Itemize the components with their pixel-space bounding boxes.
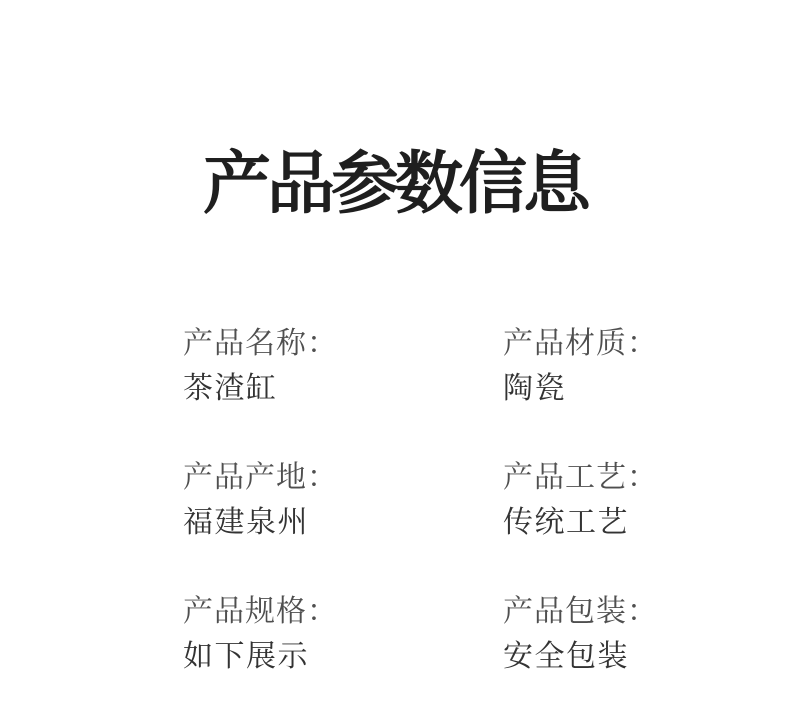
spec-item-product-material: 产品材质： 陶瓷 <box>503 326 790 407</box>
spec-value: 茶渣缸 <box>183 371 503 407</box>
specs-grid: 产品名称： 茶渣缸 产品材质： 陶瓷 产品产地： 福建泉州 产品工艺： 传统工艺… <box>183 326 790 675</box>
spec-value: 传统工艺 <box>503 505 790 541</box>
spec-label: 产品名称： <box>183 326 503 362</box>
spec-item-product-craft: 产品工艺： 传统工艺 <box>503 460 790 541</box>
spec-value: 如下展示 <box>183 639 503 675</box>
spec-item-product-name: 产品名称： 茶渣缸 <box>183 326 503 407</box>
spec-label: 产品产地： <box>183 460 503 496</box>
product-parameters-panel: 产品参数信息 产品名称： 茶渣缸 产品材质： 陶瓷 产品产地： 福建泉州 产品工… <box>0 0 790 701</box>
spec-item-product-spec: 产品规格： 如下展示 <box>183 594 503 675</box>
spec-label: 产品工艺： <box>503 460 790 496</box>
spec-value: 福建泉州 <box>183 505 503 541</box>
spec-label: 产品材质： <box>503 326 790 362</box>
page-title: 产品参数信息 <box>0 148 790 221</box>
spec-item-product-origin: 产品产地： 福建泉州 <box>183 460 503 541</box>
spec-value: 安全包装 <box>503 639 790 675</box>
spec-value: 陶瓷 <box>503 371 790 407</box>
spec-label: 产品包装： <box>503 594 790 630</box>
spec-label: 产品规格： <box>183 594 503 630</box>
spec-item-product-packaging: 产品包装： 安全包装 <box>503 594 790 675</box>
